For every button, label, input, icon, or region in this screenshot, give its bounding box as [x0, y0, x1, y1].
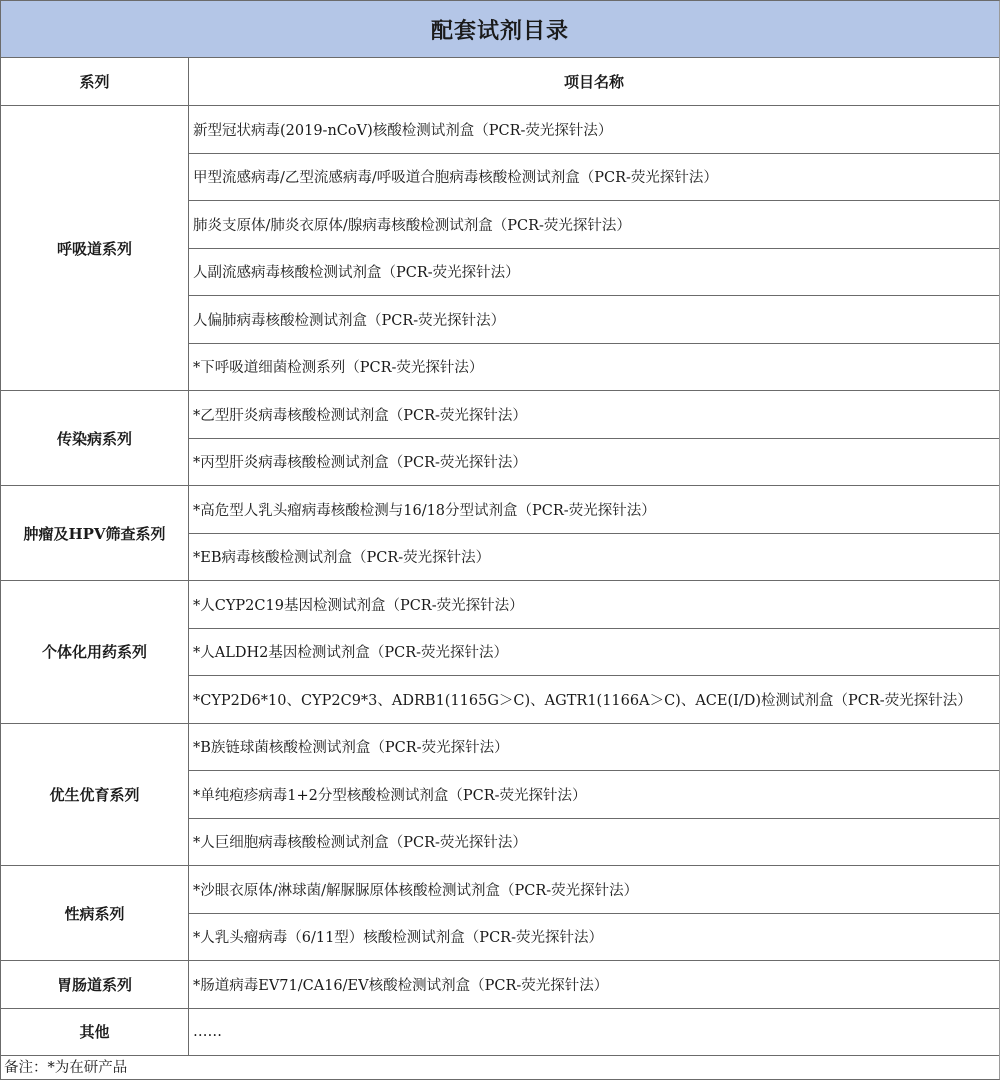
- item-cell: *B族链球菌核酸检测试剂盒（PCR-荧光探针法）: [189, 723, 1000, 771]
- item-cell: *下呼吸道细菌检测系列（PCR-荧光探针法）: [189, 343, 1000, 391]
- item-cell: *人巨细胞病毒核酸检测试剂盒（PCR-荧光探针法）: [189, 818, 1000, 866]
- item-cell: *沙眼衣原体/淋球菌/解脲脲原体核酸检测试剂盒（PCR-荧光探针法）: [189, 866, 1000, 914]
- item-cell: *人CYP2C19基因检测试剂盒（PCR-荧光探针法）: [189, 581, 1000, 629]
- series-cell-tumor-hpv: 肿瘤及HPV筛查系列: [1, 486, 189, 581]
- item-cell: *CYP2D6*10、CYP2C9*3、ADRB1(1165G＞C)、AGTR1…: [189, 676, 1000, 724]
- header-row: 系列 项目名称: [1, 58, 999, 106]
- item-cell: 人偏肺病毒核酸检测试剂盒（PCR-荧光探针法）: [189, 296, 1000, 344]
- series-cell-infectious: 传染病系列: [1, 391, 189, 486]
- header-series: 系列: [1, 58, 189, 106]
- footnote: 备注：*为在研产品: [1, 1055, 999, 1079]
- item-cell: *丙型肝炎病毒核酸检测试剂盒（PCR-荧光探针法）: [189, 438, 1000, 486]
- table-row: 个体化用药系列 *人CYP2C19基因检测试剂盒（PCR-荧光探针法）: [1, 581, 999, 629]
- item-cell: *人乳头瘤病毒（6/11型）核酸检测试剂盒（PCR-荧光探针法）: [189, 913, 1000, 961]
- series-cell-respiratory: 呼吸道系列: [1, 106, 189, 391]
- table-row: 优生优育系列 *B族链球菌核酸检测试剂盒（PCR-荧光探针法）: [1, 723, 999, 771]
- catalog-sheet: 配套试剂目录 系列 项目名称 呼吸道系列 新型冠状病毒(2019-nCoV)核酸…: [0, 0, 1000, 1080]
- series-cell-eugenics: 优生优育系列: [1, 723, 189, 866]
- catalog-table: 系列 项目名称 呼吸道系列 新型冠状病毒(2019-nCoV)核酸检测试剂盒（P…: [1, 58, 999, 1056]
- item-cell: *单纯疱疹病毒1+2分型核酸检测试剂盒（PCR-荧光探针法）: [189, 771, 1000, 819]
- item-cell: *EB病毒核酸检测试剂盒（PCR-荧光探针法）: [189, 533, 1000, 581]
- item-cell: 人副流感病毒核酸检测试剂盒（PCR-荧光探针法）: [189, 248, 1000, 296]
- series-cell-other: 其他: [1, 1008, 189, 1056]
- item-cell: 肺炎支原体/肺炎衣原体/腺病毒核酸检测试剂盒（PCR-荧光探针法）: [189, 201, 1000, 249]
- series-cell-gastrointestinal: 胃肠道系列: [1, 961, 189, 1009]
- table-row: 胃肠道系列 *肠道病毒EV71/CA16/EV核酸检测试剂盒（PCR-荧光探针法…: [1, 961, 999, 1009]
- item-cell: *高危型人乳头瘤病毒核酸检测与16/18分型试剂盒（PCR-荧光探针法）: [189, 486, 1000, 534]
- item-cell: ……: [189, 1008, 1000, 1056]
- header-item-name: 项目名称: [189, 58, 1000, 106]
- table-row: 性病系列 *沙眼衣原体/淋球菌/解脲脲原体核酸检测试剂盒（PCR-荧光探针法）: [1, 866, 999, 914]
- table-row: 传染病系列 *乙型肝炎病毒核酸检测试剂盒（PCR-荧光探针法）: [1, 391, 999, 439]
- catalog-body: 呼吸道系列 新型冠状病毒(2019-nCoV)核酸检测试剂盒（PCR-荧光探针法…: [1, 106, 999, 1056]
- table-row: 肿瘤及HPV筛查系列 *高危型人乳头瘤病毒核酸检测与16/18分型试剂盒（PCR…: [1, 486, 999, 534]
- series-cell-personalized: 个体化用药系列: [1, 581, 189, 724]
- table-row: 其他 ……: [1, 1008, 999, 1056]
- item-cell: *乙型肝炎病毒核酸检测试剂盒（PCR-荧光探针法）: [189, 391, 1000, 439]
- catalog-title: 配套试剂目录: [1, 1, 999, 58]
- item-cell: *肠道病毒EV71/CA16/EV核酸检测试剂盒（PCR-荧光探针法）: [189, 961, 1000, 1009]
- item-cell: 甲型流感病毒/乙型流感病毒/呼吸道合胞病毒核酸检测试剂盒（PCR-荧光探针法）: [189, 153, 1000, 201]
- item-cell: *人ALDH2基因检测试剂盒（PCR-荧光探针法）: [189, 628, 1000, 676]
- series-cell-std: 性病系列: [1, 866, 189, 961]
- item-cell: 新型冠状病毒(2019-nCoV)核酸检测试剂盒（PCR-荧光探针法）: [189, 106, 1000, 154]
- table-row: 呼吸道系列 新型冠状病毒(2019-nCoV)核酸检测试剂盒（PCR-荧光探针法…: [1, 106, 999, 154]
